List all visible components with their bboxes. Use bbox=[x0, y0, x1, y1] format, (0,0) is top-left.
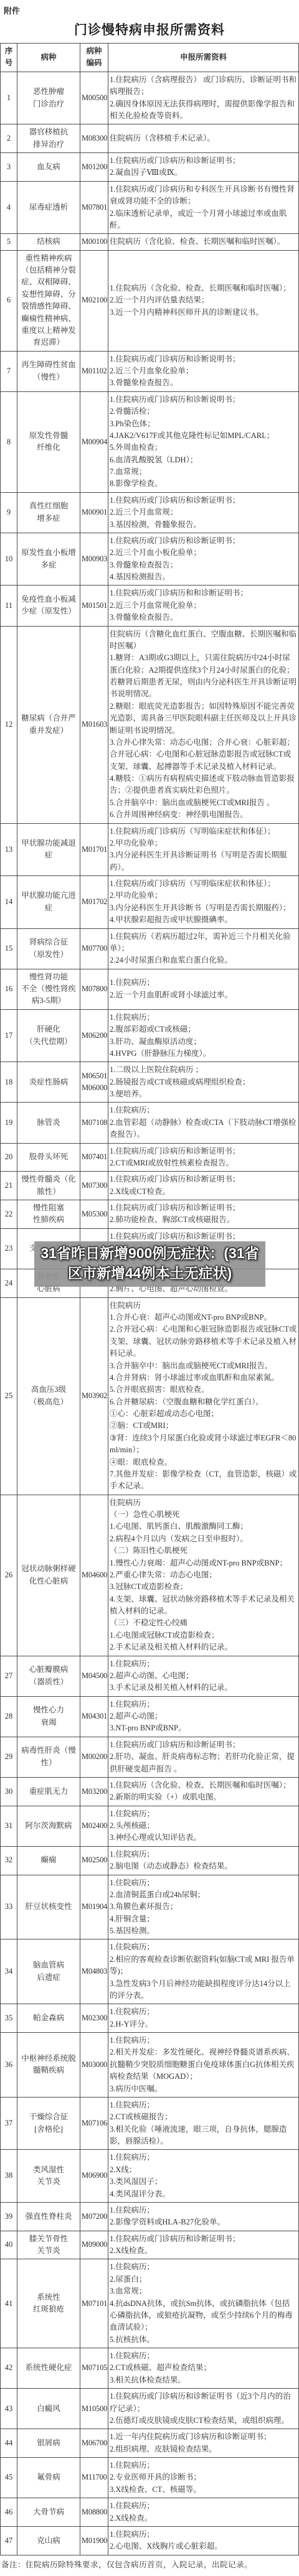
disease-name: 原发性血小板增 多症 bbox=[17, 533, 80, 586]
disease-code: M01701 bbox=[80, 823, 108, 876]
row-number: 36 bbox=[1, 2033, 17, 2098]
required-materials: 1.住院病历（含化验、检查、长期医嘱和临时医嘱）； 2.新斯的明实验（+）或肌电… bbox=[108, 1777, 299, 1806]
required-materials: 住院病历（含化验、检查、长期医嘱和临时医嘱）。 bbox=[108, 234, 299, 250]
table-row: 44 银屑病 M06700 1.近一年内住院病历或门诊病历和诊断证明书； 2.组… bbox=[1, 2429, 299, 2458]
table-row: 15 肾病综合征 （原发性） M07700 1.住院病历（若病历超过2年，需补近… bbox=[1, 928, 299, 969]
table-row: 40 膝关节骨性 关节炎 M09000 1.住院病历或门诊病历和诊断证明书； 2… bbox=[1, 2231, 299, 2259]
table-row: 31 阿尔茨海默病 M02400 1.住院病历； 2.头颅核磁； 3.神经心理或… bbox=[1, 1806, 299, 1846]
row-number: 35 bbox=[1, 2004, 17, 2033]
table-row: 25 高血压3级 （极高危） M03902 住院病历 1.合并心衰：超声心动图或… bbox=[1, 1297, 299, 1495]
table-row: 20 股骨头坏死 M07401 1.住院病历或门诊病历和诊断证明书； 2.CT或… bbox=[1, 1143, 299, 1172]
row-number: 28 bbox=[1, 1696, 17, 1737]
news-overlay-banner: 31省昨日新增900例无症状：(31省 区市新增44例本土无症状) bbox=[34, 1241, 265, 1287]
row-number: 37 bbox=[1, 2097, 17, 2150]
required-materials: 1.住院病历（含化验、检查、长期医嘱和临时医嘱）； 2.近一个月内评估量表结果；… bbox=[108, 250, 299, 351]
disease-name: 真性红细胞 增多症 bbox=[17, 492, 80, 533]
required-materials: 1.住院病历； 2.H-Y评分。 bbox=[108, 2004, 299, 2033]
table-row: 6 重性精神疾病（包括精神分裂症、双相障碍、妄想性障碍、分裂情感性障碍、癫痫性精… bbox=[1, 250, 299, 351]
row-number: 6 bbox=[1, 250, 17, 351]
table-row: 23 支气管哮喘 1.住院病历或门诊病历和诊断证明书； 2.肺功能检查（舒张试验… bbox=[1, 1228, 299, 1269]
required-materials: 住院病历 1.合并心衰：超声心动图或NT-pro BNP或BNP。 2.合并冠心… bbox=[108, 1297, 299, 1495]
disease-name: 脑血管病 后遗症 bbox=[17, 1939, 80, 2004]
disease-code: M02300 bbox=[80, 2004, 108, 2033]
required-materials: 住院病历（含移植手术记录）。 bbox=[108, 124, 299, 153]
row-number: 21 bbox=[1, 1172, 17, 1200]
row-number: 13 bbox=[1, 823, 17, 876]
disease-code: M10500 bbox=[80, 2389, 108, 2429]
required-materials: 1.住院病历； 2.血管彩超（动静脉）检查或CTA（下肢动脉CT增强检查报告）。 bbox=[108, 1103, 299, 1143]
disease-code: M03200 bbox=[80, 1777, 108, 1806]
disease-code: M00901 bbox=[80, 492, 108, 533]
row-number: 2 bbox=[1, 124, 17, 153]
disease-code: M07401 bbox=[80, 1143, 108, 1172]
row-number: 4 bbox=[1, 181, 17, 234]
table-row: 29 病毒性肝炎（慢 性） M00200 1.住院病历或门诊病历和诊断证明书； … bbox=[1, 1737, 299, 1777]
table-row: 22 慢性阻塞 性肺疾病 M05300 1.住院病历或门诊病历和诊断证明书； 2… bbox=[1, 1200, 299, 1229]
table-row: 17 肝硬化 （失代偿期） M06200 1.住院病历； 2.腹部彩超或CT或核… bbox=[1, 1009, 299, 1062]
table-row: 39 强直性脊柱炎 M07200 1.住院病历； 2.影像学资料或HLA-B27… bbox=[1, 2202, 299, 2231]
required-materials: 1.住院病历或门诊病历和诊断证明书； 2.凝血因子Ⅷ或Ⅸ。 bbox=[108, 153, 299, 182]
row-number: 7 bbox=[1, 351, 17, 391]
required-materials: 住院病历（含糖化血红蛋白、空腹血糖、长期医嘱和临时医嘱） 1.糖肾：A3期或G3… bbox=[108, 626, 299, 823]
required-materials: 1.近一年内住院病历或门诊病历和诊断证明书； 2.组织病理、皮肤镜检查结果。 bbox=[108, 2429, 299, 2458]
disease-name: 血友病 bbox=[17, 153, 80, 182]
row-number: 15 bbox=[1, 928, 17, 969]
table-row: 47 克山病 M01900 1.住院病历； 2.心电图、X线胸片或心脏彩超。 bbox=[1, 2526, 299, 2555]
required-materials: 1.住院病历； 2.头颅核磁； 3.神经心理或认知评估表。 bbox=[108, 1806, 299, 1846]
table-row: 2 器官移植抗 排异治疗 M08300 住院病历（含移植手术记录）。 bbox=[1, 124, 299, 153]
disease-code: M07101 bbox=[80, 2259, 108, 2348]
required-materials: 1.住院病历或门诊病历和诊断证明书； 2.肺功能检查（舒张试验）； 3.支气管舒… bbox=[108, 1228, 299, 1269]
disease-code: M07801 bbox=[80, 181, 108, 234]
disease-code: M11700 bbox=[80, 2458, 108, 2498]
disease-name: 器官移植抗 排异治疗 bbox=[17, 124, 80, 153]
table-row: 7 再生障碍性贫血 （慢性） M01102 1.住院病历或门诊病历和诊断说明书；… bbox=[1, 351, 299, 391]
disease-code: M02100 bbox=[80, 250, 108, 351]
disease-name: 慢性阻塞 性肺疾病 bbox=[17, 1200, 80, 1229]
disease-table-body: 1 恶性肿瘤 门诊治疗 M00500 1.住院病历（含病理报告） 或门诊病历、诊… bbox=[1, 72, 299, 2555]
disease-name: 原发性骨髓 纤维化 bbox=[17, 391, 80, 492]
row-number: 43 bbox=[1, 2389, 17, 2429]
disease-code: M00903 bbox=[80, 533, 108, 586]
row-number: 5 bbox=[1, 234, 17, 250]
required-materials: 1.住院病历或门诊病历和诊断说明书； 2.骨髓活检； 3.Ph染色体； 4.JA… bbox=[108, 391, 299, 492]
table-row: 45 氟骨病 M11700 1.住院病历； 2.专业医师开具的诊断书； 3.X线… bbox=[1, 2458, 299, 2498]
row-number: 41 bbox=[1, 2259, 17, 2348]
document-page: 附件 门诊慢特病申报所需资料 序 号 病种 病种 编码 申报所需资料 1 恶性肿… bbox=[0, 0, 299, 2576]
disease-name: 肝硬化 （失代偿期） bbox=[17, 1009, 80, 1062]
row-number: 19 bbox=[1, 1103, 17, 1143]
required-materials: 1.住院病历； 2.近一个月血肌酐或肾小球滤过率。 bbox=[108, 969, 299, 1009]
table-row: 46 大骨节病 M08800 1.住院病历； 2.X线检查。 bbox=[1, 2498, 299, 2527]
disease-name: 恶性肿瘤 门诊治疗 bbox=[17, 72, 80, 124]
disease-code: M09000 bbox=[80, 2231, 108, 2259]
row-number: 9 bbox=[1, 492, 17, 533]
disease-name: 高血压3级 （极高危） bbox=[17, 1297, 80, 1495]
disease-name: 重性精神疾病（包括精神分裂症、双相障碍、妄想性障碍、分裂情感性障碍、癫痫性精神病… bbox=[17, 250, 80, 351]
required-materials: 1.住院病历； 2.心电图、X线胸片或心脏彩超。 bbox=[108, 2526, 299, 2555]
required-materials: 1.住院病历或门诊病历和诊断证明书； 2.近三个月血常规； 3.基因检测，骨髓象… bbox=[108, 492, 299, 533]
disease-name: 癫痫 bbox=[17, 1846, 80, 1875]
row-number: 27 bbox=[1, 1656, 17, 1696]
required-materials: 1.住院病历或门诊病历和诊断证明书； 2.CT或MRI或放射性核素检查报告。 bbox=[108, 1143, 299, 1172]
table-row: 3 血友病 M01200 1.住院病历或门诊病历和诊断证明书； 2.凝血因子Ⅷ或… bbox=[1, 153, 299, 182]
required-materials: 1.住院病历； 2.超声心动图、心电图； 3.手术记录及相关植入材料的记录。 bbox=[108, 1656, 299, 1696]
table-row: 34 脑血管病 后遗症 M04803 1.住院病历； 2.相应的客观检查诊断依据… bbox=[1, 1939, 299, 2004]
disease-code: M06501 M06000 bbox=[80, 1062, 108, 1103]
page-title: 门诊慢特病申报所需资料 bbox=[0, 20, 299, 39]
disease-code: M01501 bbox=[80, 586, 108, 626]
required-materials: 1.住院病历； 2.CT或核磁、超声检查结果； 3.相关抗体检查结果。 bbox=[108, 2348, 299, 2389]
row-number: 26 bbox=[1, 1495, 17, 1656]
row-number: 32 bbox=[1, 1846, 17, 1875]
row-number: 10 bbox=[1, 533, 17, 586]
row-number: 20 bbox=[1, 1143, 17, 1172]
disease-name: 阿尔茨海默病 bbox=[17, 1806, 80, 1846]
disease-name: 脉管炎 bbox=[17, 1103, 80, 1143]
row-number: 45 bbox=[1, 2458, 17, 2498]
required-materials: 1.住院病历； 2.相应的客观检查诊断依据资料(如脑CT或 MRI 报告单等)；… bbox=[108, 1939, 299, 2004]
table-row: 28 慢性心力 衰竭 M04301 1.住院病历； 2.超声心动图； 3.NT-… bbox=[1, 1696, 299, 1737]
disease-code: M06200 bbox=[80, 1009, 108, 1062]
disease-name: 冠状动脉粥样硬 化性心脏病 bbox=[17, 1495, 80, 1656]
disease-name: 慢性肾功能 不全（慢性肾疾 病3-5期） bbox=[17, 969, 80, 1009]
disease-code: M01603 bbox=[80, 626, 108, 823]
row-number: 47 bbox=[1, 2526, 17, 2555]
row-number: 18 bbox=[1, 1062, 17, 1103]
table-row: 37 干燥综合征 [舍格伦] M07106 1.住院病历； 2.CT或核磁报告；… bbox=[1, 2097, 299, 2150]
disease-code: M07105 bbox=[80, 2348, 108, 2389]
disease-code: M08800 bbox=[80, 2498, 108, 2527]
disease-code: M04803 bbox=[80, 1939, 108, 2004]
required-materials: 1.住院病历； 2.血清铜蓝蛋白或24h尿铜； 3.角膜色素环报告； 4.肝铜含… bbox=[108, 1875, 299, 1939]
table-row: 1 恶性肿瘤 门诊治疗 M00500 1.住院病历（含病理报告） 或门诊病历、诊… bbox=[1, 72, 299, 124]
row-number: 44 bbox=[1, 2429, 17, 2458]
table-row: 30 重症肌无力 M03200 1.住院病历（含化验、检查、长期医嘱和临时医嘱）… bbox=[1, 1777, 299, 1806]
required-materials: 1.住院病历或门诊病历和诊断证明书； 2.肺功能检查、胸部CT或核磁报告。 bbox=[108, 1200, 299, 1229]
col-header-disease: 病种 bbox=[17, 44, 80, 72]
disease-name: 氟骨病 bbox=[17, 2458, 80, 2498]
table-row: 27 心脏瓣膜病 （器质性） M04500 1.住院病历； 2.超声心动图、心电… bbox=[1, 1656, 299, 1696]
required-materials: 1.住院病历； 2.影像学资料或HLA-B27化验单。 bbox=[108, 2202, 299, 2231]
disease-code: M03902 bbox=[80, 1297, 108, 1495]
required-materials: 住院病历 （一）急性心肌梗死 1.心电图、肌钙蛋白、肌酸激酶同工酶； 2.病程4… bbox=[108, 1495, 299, 1656]
disease-name: 帕金森病 bbox=[17, 2004, 80, 2033]
required-materials: 1.住院病历或门诊病历和专科医生开具诊断书有慢性肾衰或肾功能不全的诊断； 2.临… bbox=[108, 181, 299, 234]
col-header-materials: 申报所需资料 bbox=[108, 44, 299, 72]
row-number: 14 bbox=[1, 876, 17, 929]
disease-code: M07700 bbox=[80, 928, 108, 969]
disease-code: M00904 bbox=[80, 391, 108, 492]
disease-code: M05300 bbox=[80, 1200, 108, 1229]
disease-code: M06900 bbox=[80, 2150, 108, 2203]
table-row: 26 冠状动脉粥样硬 化性心脏病 M04600 住院病历 （一）急性心肌梗死 1… bbox=[1, 1495, 299, 1656]
disease-name: 再生障碍性贫血 （慢性） bbox=[17, 351, 80, 391]
disease-code: M08300 bbox=[80, 124, 108, 153]
required-materials: 1.住院病历或门诊病历和诊断证明书； 2.近三个月血小板化验单； 3.骨髓象检查… bbox=[108, 533, 299, 586]
required-materials: 1.住院病历或门诊病历和和诊断证明书； 2.近三个月血常规化验单； 3.骨髓象检… bbox=[108, 586, 299, 626]
row-number: 46 bbox=[1, 2498, 17, 2527]
row-number: 40 bbox=[1, 2231, 17, 2259]
required-materials: 1.二级以上医院住院病历 ； 2.肠镜报告或CT或核磁或病理组织检查； 3.便培… bbox=[108, 1062, 299, 1103]
disease-name: 甲状腺功能亢进 症 bbox=[17, 876, 80, 929]
required-materials: 1.住院病历或门诊病历和诊断证明书； 2.X线检查。 bbox=[108, 2231, 299, 2259]
disease-name: 炎症性肠病 bbox=[17, 1062, 80, 1103]
row-number: 8 bbox=[1, 391, 17, 492]
table-row: 38 类风湿性 关节炎 M06900 1.住院病历； 2.X线； 3.类风湿因子… bbox=[1, 2150, 299, 2203]
disease-code: M02500 bbox=[80, 1846, 108, 1875]
disease-name: 银屑病 bbox=[17, 2429, 80, 2458]
disease-name: 系统性 红斑狼疮 bbox=[17, 2259, 80, 2348]
disease-name: 白癜风 bbox=[17, 2389, 80, 2429]
disease-code: M00200 bbox=[80, 1737, 108, 1777]
table-header: 序 号 病种 病种 编码 申报所需资料 bbox=[1, 44, 299, 72]
table-row: 33 肝豆状核变性 M01904 1.住院病历； 2.血清铜蓝蛋白或24h尿铜；… bbox=[1, 1875, 299, 1939]
table-row: 41 系统性 红斑狼疮 M07101 1.住院病历； 2.尿蛋白； 3.血常规；… bbox=[1, 2259, 299, 2348]
table-row: 43 白癜风 M10500 1.住院病历或门诊病历和诊断证明书（近3个月内的治疗… bbox=[1, 2389, 299, 2429]
table-row: 16 慢性肾功能 不全（慢性肾疾 病3-5期） M07800 1.住院病历； 2… bbox=[1, 969, 299, 1009]
required-materials: 1.住院病历； 2.专业医师开具的诊断书； 3.X线检查、CT、核磁等。 bbox=[108, 2458, 299, 2498]
disease-code: M06700 bbox=[80, 2429, 108, 2458]
row-number: 11 bbox=[1, 586, 17, 626]
disease-code: M07800 bbox=[80, 969, 108, 1009]
disease-code: M03000 bbox=[80, 2033, 108, 2098]
disease-code: M00500 bbox=[80, 72, 108, 124]
table-row: 18 炎症性肠病 M06501 M06000 1.二级以上医院住院病历 ； 2.… bbox=[1, 1062, 299, 1103]
row-number: 29 bbox=[1, 1737, 17, 1777]
row-number: 17 bbox=[1, 1009, 17, 1062]
table-row: 4 尿毒症透析 M07801 1.住院病历或门诊病历和专科医生开具诊断书有慢性肾… bbox=[1, 181, 299, 234]
row-number: 25 bbox=[1, 1297, 17, 1495]
disease-name: 中枢神经系统脱 髓鞘疾病 bbox=[17, 2033, 80, 2098]
disease-name: 甲状腺功能减退 症 bbox=[17, 823, 80, 876]
required-materials: 1.住院病历； 2.腹部彩超或CT或核磁； 3.肝功、凝血酶原活动度； 4.HV… bbox=[108, 1009, 299, 1062]
disease-code: M04301 bbox=[80, 1696, 108, 1737]
required-materials: 1.住院病历； 2.相关并发症：多发性硬化、视神经脊髓炎谱系疾病、抗髓鞘少突胶质… bbox=[108, 2033, 299, 2098]
disease-name: 干燥综合征 [舍格伦] bbox=[17, 2097, 80, 2150]
required-materials: 1.住院病历； 2.超声心动图； 3.NT-pro BNP或BNP。 bbox=[108, 1696, 299, 1737]
disease-name: 大骨节病 bbox=[17, 2498, 80, 2527]
col-header-no: 序 号 bbox=[1, 44, 17, 72]
required-materials: 1.住院病历或门诊病历（写明临床症状和体征）； 2.甲功化验单； 3.内分泌科医… bbox=[108, 876, 299, 929]
disease-name: 股骨头坏死 bbox=[17, 1143, 80, 1172]
disease-code: M07106 bbox=[80, 2097, 108, 2150]
disease-code: M02400 bbox=[80, 1806, 108, 1846]
row-number: 38 bbox=[1, 2150, 17, 2203]
disease-table: 序 号 病种 病种 编码 申报所需资料 1 恶性肿瘤 门诊治疗 M00500 1… bbox=[0, 43, 299, 2555]
disease-name: 肝豆状核变性 bbox=[17, 1875, 80, 1939]
row-number: 31 bbox=[1, 1806, 17, 1846]
table-row: 14 甲状腺功能亢进 症 M01702 1.住院病历或门诊病历（写明临床症状和体… bbox=[1, 876, 299, 929]
disease-code: M04500 bbox=[80, 1656, 108, 1696]
table-row: 42 系统性硬化症 M07105 1.住院病历； 2.CT或核磁、超声检查结果；… bbox=[1, 2348, 299, 2389]
disease-name: 病毒性肝炎（慢 性） bbox=[17, 1737, 80, 1777]
row-number: 3 bbox=[1, 153, 17, 182]
row-number: 12 bbox=[1, 626, 17, 823]
table-row: 5 结核病 M00100 住院病历（含化验、检查、长期医嘱和临时医嘱）。 bbox=[1, 234, 299, 250]
table-row: 35 帕金森病 M02300 1.住院病历； 2.H-Y评分。 bbox=[1, 2004, 299, 2033]
table-row: 11 免疫性血小板减 少症（原发性） M01501 1.住院病历或门诊病历和和诊… bbox=[1, 586, 299, 626]
required-materials: 1.住院病历； 2.X线检查。 bbox=[108, 2498, 299, 2527]
disease-name: 结核病 bbox=[17, 234, 80, 250]
table-row: 19 脉管炎 M07108 1.住院病历； 2.血管彩超（动静脉）检查或CTA（… bbox=[1, 1103, 299, 1143]
disease-code: M00100 bbox=[80, 234, 108, 250]
disease-code: M01900 bbox=[80, 2526, 108, 2555]
row-number: 42 bbox=[1, 2348, 17, 2389]
attachment-label: 附件 bbox=[0, 3, 299, 16]
table-row: 36 中枢神经系统脱 髓鞘疾病 M03000 1.住院病历； 2.相关并发症：多… bbox=[1, 2033, 299, 2098]
disease-code: M01702 bbox=[80, 876, 108, 929]
disease-name: 慢性心力 衰竭 bbox=[17, 1696, 80, 1737]
row-number: 22 bbox=[1, 1200, 17, 1229]
col-header-code: 病种 编码 bbox=[80, 44, 108, 72]
required-materials: 1.住院病历； 2.CT或核磁报告； 3.相关化验（唾液流速，眼三项，自身抗体，… bbox=[108, 2097, 299, 2150]
required-materials: 1.住院病历； 2.尿蛋白； 3.血常规； 4.抗dsDNA抗体，或抗Sm抗体，… bbox=[108, 2259, 299, 2348]
row-number: 24 bbox=[1, 1269, 17, 1297]
disease-code: M01200 bbox=[80, 153, 108, 182]
disease-name: 重症肌无力 bbox=[17, 1777, 80, 1806]
row-number: 39 bbox=[1, 2202, 17, 2231]
table-row: 10 原发性血小板增 多症 M00903 1.住院病历或门诊病历和诊断证明书； … bbox=[1, 533, 299, 586]
disease-name: 尿毒症透析 bbox=[17, 181, 80, 234]
required-materials: 1.住院病历（若病历超过2年，需补近三个月相关化验单）； 2.24小时尿蛋白和血… bbox=[108, 928, 299, 969]
disease-name: 糖尿病（合并严 重并发症） bbox=[17, 626, 80, 823]
required-materials: 1.住院病历； 2.X线； 3.类风湿因子； 4.类风湿评分表。 bbox=[108, 2150, 299, 2203]
disease-code: M01102 bbox=[80, 351, 108, 391]
disease-name: 免疫性血小板减 少症（原发性） bbox=[17, 586, 80, 626]
row-number: 30 bbox=[1, 1777, 17, 1806]
table-row: 13 甲状腺功能减退 症 M01701 1.住院病历或门诊病历（写明临床症状和体… bbox=[1, 823, 299, 876]
table-row: 32 癫痫 M02500 1.住院病历； 2.脑电图（动态或静态）检查结果。 bbox=[1, 1846, 299, 1875]
required-materials: 1.住院病历或门诊病历和诊断说明书； 2.近三个月血象化验单； 3.骨髓象检查报… bbox=[108, 351, 299, 391]
disease-name: 心脏瓣膜病 （器质性） bbox=[17, 1656, 80, 1696]
footer-note: 备注：住院病历除特殊要求，仅包含病历首页，入院记录，出院记录。 bbox=[0, 2555, 299, 2570]
disease-name: 类风湿性 关节炎 bbox=[17, 2150, 80, 2203]
disease-name: 肾病综合征 （原发性） bbox=[17, 928, 80, 969]
row-number: 1 bbox=[1, 72, 17, 124]
row-number: 33 bbox=[1, 1875, 17, 1939]
disease-name: 克山病 bbox=[17, 2526, 80, 2555]
table-row: 8 原发性骨髓 纤维化 M00904 1.住院病历或门诊病历和诊断说明书； 2.… bbox=[1, 391, 299, 492]
required-materials: 1.住院病历（含病理报告） 或门诊病历、诊断证明书和病理报告； 2.确因身体原因… bbox=[108, 72, 299, 124]
disease-name: 慢性骨髓炎（化 脓性） bbox=[17, 1172, 80, 1200]
required-materials: 1.住院病历或门诊病历（写明临床症状和体征）； 2.甲功化验单； 3.内分泌科医… bbox=[108, 823, 299, 876]
required-materials: 1.住院病历或门诊病历和诊断证明书； 2.肝功、凝血、肝炎病毒标志物；若肝功化验… bbox=[108, 1737, 299, 1777]
disease-code: M07300 bbox=[80, 1172, 108, 1200]
disease-code: M07108 bbox=[80, 1103, 108, 1143]
table-row: 12 糖尿病（合并严 重并发症） M01603 住院病历（含糖化血红蛋白、空腹血… bbox=[1, 626, 299, 823]
disease-code: M07200 bbox=[80, 2202, 108, 2231]
required-materials: 1.住院病历或门诊病历和诊断证明书（近3个月内的治疗记录）； 2.伍德灯或皮肤镜… bbox=[108, 2389, 299, 2429]
required-materials: 1.住院病历或门诊病历和诊断证明书； 2.X线或CT检查。 bbox=[108, 1172, 299, 1200]
disease-code: M04600 bbox=[80, 1495, 108, 1656]
disease-name: 系统性硬化症 bbox=[17, 2348, 80, 2389]
row-number: 16 bbox=[1, 969, 17, 1009]
disease-name: 强直性脊柱炎 bbox=[17, 2202, 80, 2231]
row-number: 34 bbox=[1, 1939, 17, 2004]
disease-name: 膝关节骨性 关节炎 bbox=[17, 2231, 80, 2259]
disease-code: M01904 bbox=[80, 1875, 108, 1939]
table-row: 21 慢性骨髓炎（化 脓性） M07300 1.住院病历或门诊病历和诊断证明书；… bbox=[1, 1172, 299, 1200]
row-number: 23 bbox=[1, 1228, 17, 1269]
required-materials: 1.住院病历； 2.脑电图（动态或静态）检查结果。 bbox=[108, 1846, 299, 1875]
table-row: 9 真性红细胞 增多症 M00901 1.住院病历或门诊病历和诊断证明书； 2.… bbox=[1, 492, 299, 533]
